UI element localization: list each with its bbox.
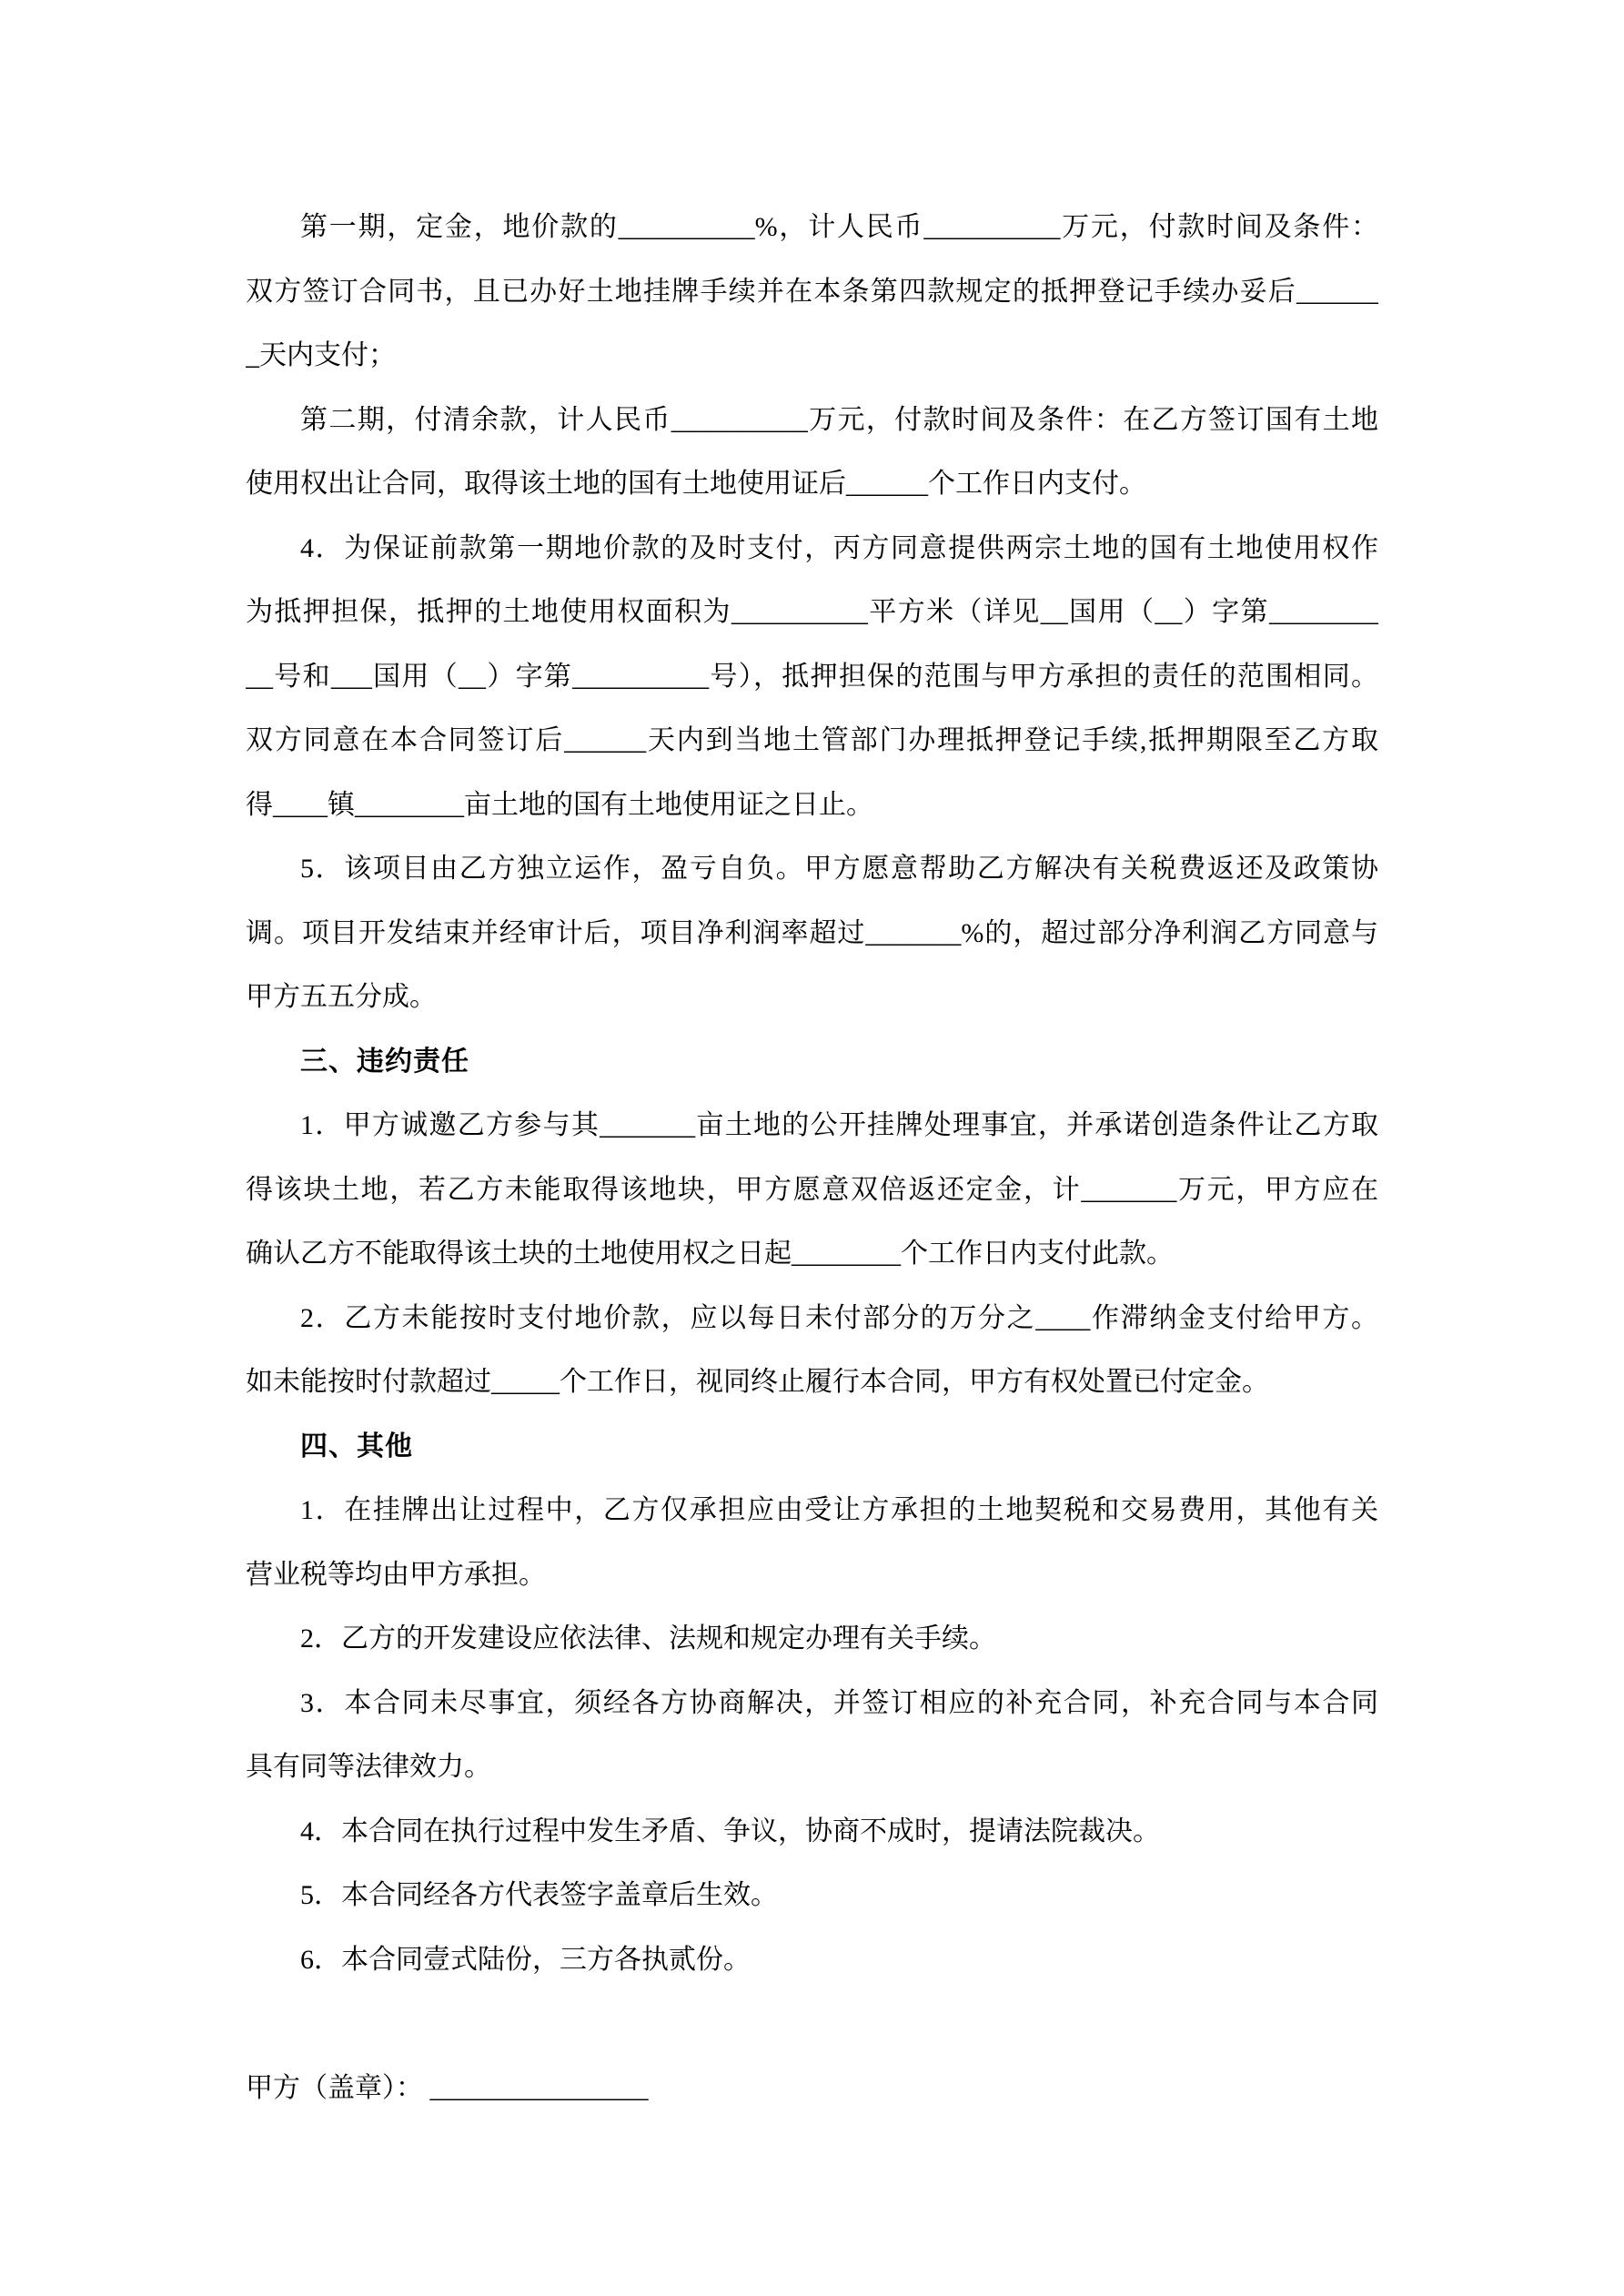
text-line: 3．本合同未尽事宜，须经各方协商解决，并签订相应的补充合同，补充合同与本合同 <box>246 1672 1378 1736</box>
text-line: 为抵押担保，抵押的土地使用权面积为__________平方米（详见__国用（__… <box>246 581 1378 645</box>
text-line: 1．在挂牌出让过程中，乙方仅承担应由受让方承担的土地契税和交易费用，其他有关 <box>246 1479 1378 1543</box>
text-line: 1．甲方诚邀乙方参与其_______亩土地的公开挂牌处理事宜，并承诺创造条件让乙… <box>246 1094 1378 1158</box>
text-line: _天内支付； <box>246 324 1378 389</box>
text-line: 5．本合同经各方代表签字盖章后生效。 <box>246 1864 1378 1928</box>
text-line: 使用权出让合同，取得该土地的国有土地使用证后______个工作日内支付。 <box>246 452 1378 517</box>
text-line: 5．该项目由乙方独立运作，盈亏自负。甲方愿意帮助乙方解决有关税费返还及政策协 <box>246 837 1378 902</box>
text-line: 营业税等均由甲方承担。 <box>246 1543 1378 1608</box>
text-line: 调。项目开发结束并经审计后，项目净利润率超过_______%的，超过部分净利润乙… <box>246 902 1378 966</box>
section-heading: 三、违约责任 <box>246 1030 1378 1095</box>
text-line: 得该块土地，若乙方未能取得该地块，甲方愿意双倍返还定金，计_______万元，甲… <box>246 1158 1378 1223</box>
text-line: 4．本合同在执行过程中发生矛盾、争议，协商不成时，提请法院裁决。 <box>246 1800 1378 1865</box>
section-heading: 四、其他 <box>246 1415 1378 1480</box>
text-line: 具有同等法律效力。 <box>246 1735 1378 1800</box>
text-line: 如未能按时付款超过_____个工作日，视同终止履行本合同，甲方有权处置已付定金。 <box>246 1350 1378 1415</box>
text-line: 2．乙方的开发建设应依法律、法规和规定办理有关手续。 <box>246 1607 1378 1672</box>
signature-line: 甲方（盖章）： ________________ <box>246 2057 1378 2121</box>
text-line: 确认乙方不能取得该土块的土地使用权之日起________个工作日内支付此款。 <box>246 1222 1378 1287</box>
text-line: 第二期，付清余款，计人民币__________万元，付款时间及条件：在乙方签订国… <box>246 389 1378 453</box>
text-line: 双方同意在本合同签订后______天内到当地土管部门办理抵押登记手续,抵押期限至… <box>246 709 1378 774</box>
text-line: 双方签订合同书，且已办好土地挂牌手续并在本条第四款规定的抵押登记手续办妥后___… <box>246 260 1378 325</box>
text-line: 第一期，定金，地价款的__________%，计人民币__________万元，… <box>246 196 1378 260</box>
text-line: 4．为保证前款第一期地价款的及时支付，丙方同意提供两宗土地的国有土地使用权作 <box>246 517 1378 582</box>
text-line: 6．本合同壹式陆份，三方各执贰份。 <box>246 1928 1378 1993</box>
text-line: 2．乙方未能按时支付地价款，应以每日未付部分的万分之____作滞纳金支付给甲方。 <box>246 1287 1378 1351</box>
contract-page: 第一期，定金，地价款的__________%，计人民币__________万元，… <box>0 0 1624 2296</box>
text-line: __号和___国用（__）字第__________号），抵押担保的范围与甲方承担… <box>246 645 1378 710</box>
text-line: 得____镇________亩土地的国有土地使用证之日止。 <box>246 774 1378 838</box>
blank-line <box>246 1992 1378 2057</box>
text-line: 甲方五五分成。 <box>246 966 1378 1030</box>
